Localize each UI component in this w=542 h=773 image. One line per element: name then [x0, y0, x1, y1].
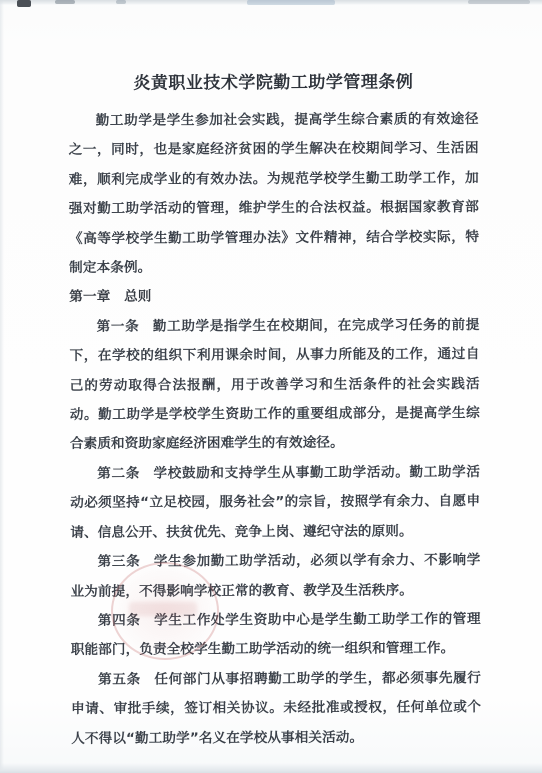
- article-paragraph-1: 第一条勤工助学是指学生在校期间，在完成学习任务的前提下，在学校的组织下利用课余时…: [69, 311, 480, 460]
- article-paragraph-4: 第四条学生工作处学生资助中心是学生勤工助学工作的管理职能部门，负责全校学生勤工助…: [71, 605, 481, 666]
- article-paragraph-3: 第三条学生参加勤工助学活动，必须以学有余力、不影响学业为前提，不得影响学校正常的…: [70, 546, 480, 607]
- article-label: 第五条: [98, 671, 141, 687]
- article-label: 第四条: [98, 612, 141, 628]
- article-text: 勤工助学是指学生在校期间，在完成学习任务的前提下，在学校的组织下利用课余时间，从…: [70, 317, 480, 452]
- chapter-heading: 第一章 总则: [69, 282, 479, 313]
- article-label: 第三条: [98, 554, 141, 570]
- article-paragraph-5: 第五条任何部门从事招聘勤工助学的学生，都必须事先履行申请、审批手续，签订相关协议…: [71, 664, 481, 754]
- article-paragraph-2: 第二条学校鼓励和支持学生从事勤工助学活动。勤工助学活动必须坚持“立足校园，服务社…: [70, 458, 480, 548]
- article-label: 第二条: [97, 465, 140, 481]
- article-label: 第一条: [97, 318, 140, 334]
- scan-edge-bottom: [0, 763, 542, 773]
- document-title: 炎黄职业技术学院勤工助学管理条例: [68, 69, 478, 97]
- intro-paragraph: 勤工助学是学生参加社会实践，提高学生综合素质的有效途径之一，同时，也是家庭经济贫…: [68, 105, 479, 283]
- document-body: 炎黄职业技术学院勤工助学管理条例 勤工助学是学生参加社会实践，提高学生综合素质的…: [0, 0, 542, 754]
- document-text: 勤工助学是学生参加社会实践，提高学生综合素质的有效途径之一，同时，也是家庭经济贫…: [68, 105, 481, 754]
- scanned-document-page: 炎黄职业技术学院勤工助学管理条例 勤工助学是学生参加社会实践，提高学生综合素质的…: [0, 0, 542, 773]
